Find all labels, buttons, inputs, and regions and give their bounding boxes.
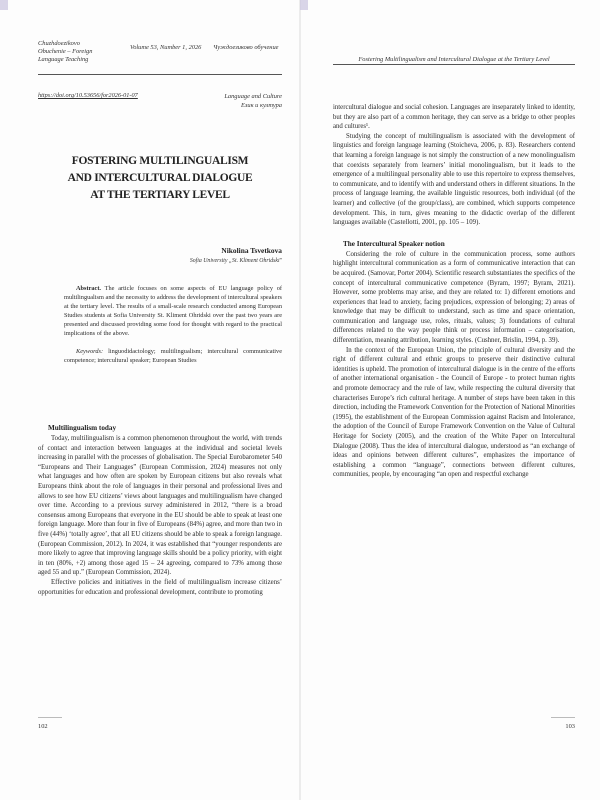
author-affiliation: Sofia University „St. Kliment Ohridski" bbox=[190, 258, 282, 264]
scan-edge-mark bbox=[300, 0, 308, 10]
paragraph: Studying the concept of multilingualism … bbox=[333, 132, 575, 228]
left-page: Chuzhdoezikovo Obuchenie – Foreign Langu… bbox=[38, 0, 282, 800]
scan-edge-mark bbox=[0, 0, 8, 10]
title-line: FOSTERING MULTILINGUALISM bbox=[38, 153, 282, 170]
paragraph: In the context of the European Union, th… bbox=[333, 346, 575, 480]
body-text: Today, multilingualism is a common pheno… bbox=[38, 434, 282, 597]
journal-name-bulgarian: Чуждоезиково обучение bbox=[213, 44, 278, 52]
title-line: AND INTERCULTURAL DIALOGUE bbox=[38, 170, 282, 187]
journal-name: Chuzhdoezikovo Obuchenie – Foreign Langu… bbox=[38, 40, 108, 64]
page-number: 102 bbox=[38, 723, 48, 730]
section-heading: Multilingualism today bbox=[48, 423, 282, 433]
doi-link[interactable]: https://doi.org/10.53656/for2026-01-07 bbox=[38, 92, 138, 99]
abstract-label: Abstract. bbox=[76, 285, 101, 292]
abstract-text: The article focuses on some aspects of E… bbox=[64, 285, 282, 337]
book-gutter bbox=[299, 0, 301, 800]
section-label-en: Language and Culture bbox=[224, 92, 282, 101]
paragraph: intercultural dialogue and social cohesi… bbox=[333, 103, 575, 132]
keywords-label: Keywords: bbox=[76, 348, 103, 355]
author-name: Nikolina Tsvetkova bbox=[221, 246, 282, 255]
header-rule bbox=[333, 64, 575, 65]
volume-issue: Volume 53, Number 1, 2026 bbox=[130, 44, 201, 52]
paragraph: Today, multilingualism is a common pheno… bbox=[38, 434, 282, 578]
right-page: Fostering Multilingualism and Intercultu… bbox=[333, 0, 575, 800]
section-label: Language and Culture Език и култура bbox=[224, 92, 282, 110]
body-text: intercultural dialogue and social cohesi… bbox=[333, 103, 575, 480]
running-head-title: Fostering Multilingualism and Intercultu… bbox=[333, 56, 575, 64]
paragraph: Effective policies and initiatives in th… bbox=[38, 578, 282, 597]
section-label-bg: Език и култура bbox=[224, 101, 282, 110]
header-rule bbox=[38, 74, 282, 75]
title-line: AT THE TERTIARY LEVEL bbox=[38, 187, 282, 204]
book-spread: Chuzhdoezikovo Obuchenie – Foreign Langu… bbox=[0, 0, 600, 800]
page-number: 103 bbox=[565, 723, 575, 730]
keywords: Keywords: linguodidactology; multilingua… bbox=[64, 347, 282, 365]
article-title: FOSTERING MULTILINGUALISM AND INTERCULTU… bbox=[38, 153, 282, 204]
section-multilingualism-today: Multilingualism today Today, multilingua… bbox=[38, 423, 282, 597]
footer-rule bbox=[551, 717, 575, 718]
paragraph: Considering the role of culture in the c… bbox=[333, 250, 575, 346]
section-heading: The Intercultural Speaker notion bbox=[343, 239, 575, 249]
abstract: Abstract. The article focuses on some as… bbox=[64, 284, 282, 338]
footer-rule bbox=[38, 717, 62, 718]
